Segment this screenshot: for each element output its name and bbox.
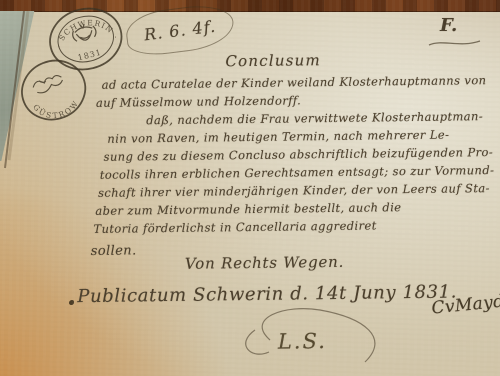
manuscript-line: schaft ihrer vier minderjährigen Kinder,… bbox=[98, 181, 490, 200]
seal-flourish bbox=[225, 300, 415, 376]
manuscript-line: nin von Raven, im heutigen Termin, nach … bbox=[107, 128, 449, 146]
manuscript-line: daß, nachdem die Frau verwittwete Kloste… bbox=[146, 109, 483, 127]
manuscript-line: sung des zu diesem Concluso abschriftlic… bbox=[104, 145, 494, 164]
manuscript-line: tocolls ihren erblichen Gerechtsamen ent… bbox=[100, 163, 495, 182]
manuscript-line: sollen. bbox=[91, 243, 137, 259]
document-heading: Conclusum bbox=[225, 51, 321, 70]
manuscript-photo: · SCHWERIN · 1831 GÜSTROW R. 6. 4f. F. bbox=[0, 0, 500, 376]
manuscript-line: auf Müsselmow und Holzendorff. bbox=[96, 93, 301, 110]
manuscript-line: Tutoria förderlichst in Cancellaria aggr… bbox=[93, 218, 376, 235]
closing-formula: Von Rechts Wegen. bbox=[185, 253, 344, 273]
manuscript-line: aber zum Mitvormunde hiermit bestellt, a… bbox=[95, 200, 401, 218]
manuscript-line: ad acta Curatelae der Kinder weiland Klo… bbox=[102, 73, 487, 92]
